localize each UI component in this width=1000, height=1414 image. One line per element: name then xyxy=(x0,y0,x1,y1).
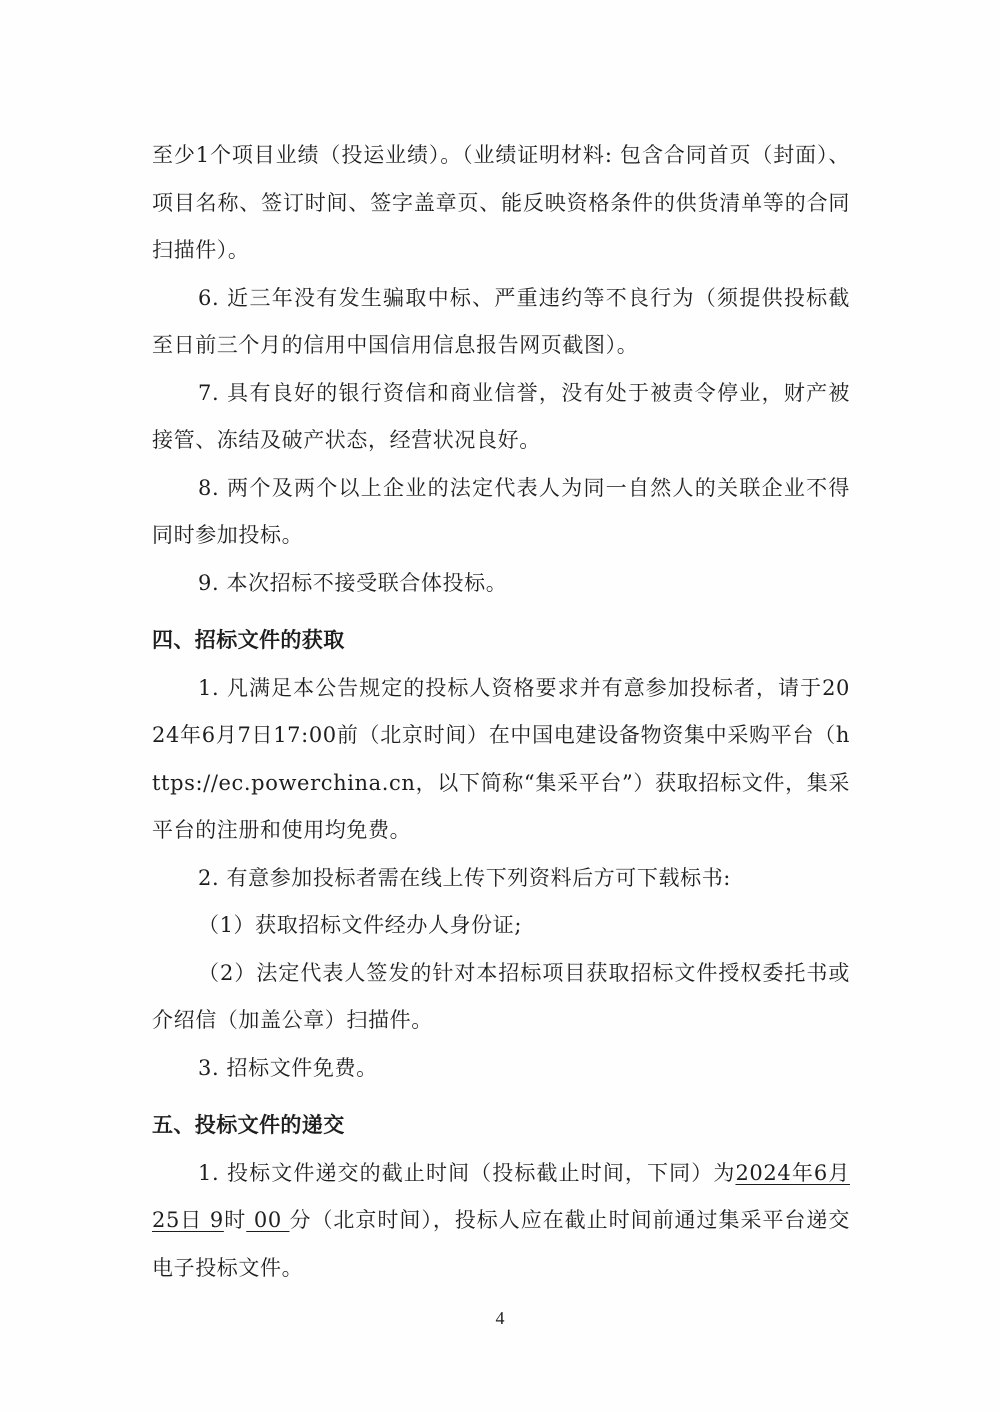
section4-item-2-sub-2: （2）法定代表人签发的针对本招标项目获取招标文件授权委托书或介绍信（加盖公章）扫… xyxy=(152,950,850,1045)
paragraph-performance-requirement: 至少1个项目业绩（投运业绩）。（业绩证明材料: 包含合同首页（封面）、项目名称、… xyxy=(152,132,850,275)
section4-item-1: 1. 凡满足本公告规定的投标人资格要求并有意参加投标者，请于2024年6月7日1… xyxy=(152,665,850,855)
deadline-prefix: 1. 投标文件递交的截止时间（投标截止时间，下同）为 xyxy=(198,1161,735,1185)
paragraph-item-6: 6. 近三年没有发生骗取中标、严重违约等不良行为（须提供投标截至日前三个月的信用… xyxy=(152,275,850,370)
section-heading-5: 五、投标文件的递交 xyxy=(152,1092,850,1150)
deadline-hour-label: 时 xyxy=(224,1208,246,1232)
document-page: 至少1个项目业绩（投运业绩）。（业绩证明材料: 包含合同首页（封面）、项目名称、… xyxy=(0,0,1000,1414)
deadline-minute-underlined: 00 xyxy=(246,1208,289,1232)
section5-item-1: 1. 投标文件递交的截止时间（投标截止时间，下同）为2024年6月25日 9时 … xyxy=(152,1150,850,1293)
section-heading-4: 四、招标文件的获取 xyxy=(152,607,850,665)
section4-item-2-sub-1: （1）获取招标文件经办人身份证; xyxy=(152,902,850,950)
page-number: 4 xyxy=(0,1308,1000,1329)
section4-item-2: 2. 有意参加投标者需在线上传下列资料后方可下载标书: xyxy=(152,855,850,903)
document-body: 至少1个项目业绩（投运业绩）。（业绩证明材料: 包含合同首页（封面）、项目名称、… xyxy=(152,132,850,1292)
paragraph-item-7: 7. 具有良好的银行资信和商业信誉，没有处于被责令停业，财产被接管、冻结及破产状… xyxy=(152,370,850,465)
section4-item-3: 3. 招标文件免费。 xyxy=(152,1045,850,1093)
paragraph-item-9: 9. 本次招标不接受联合体投标。 xyxy=(152,560,850,608)
paragraph-item-8: 8. 两个及两个以上企业的法定代表人为同一自然人的关联企业不得同时参加投标。 xyxy=(152,465,850,560)
